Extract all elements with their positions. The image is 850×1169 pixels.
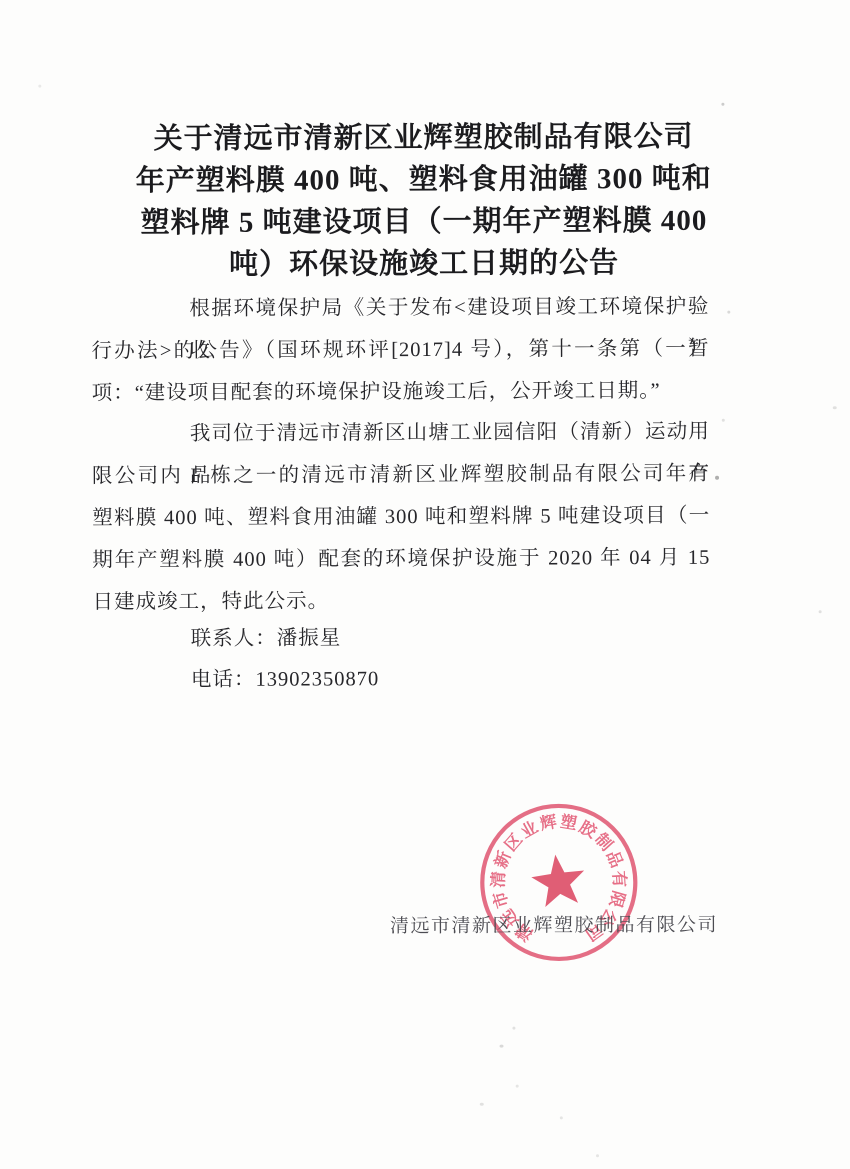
company-seal: 清远市清新区业辉塑胶制品有限公司 [474,798,645,969]
scan-speck [596,1154,599,1157]
seal-arc-char: 塑 [559,811,579,834]
seal-arc-char: 制 [591,830,616,855]
paragraph-line: 行办法>的公告》（国环规环评[2017]4 号），第十一条第（一） [91,328,709,373]
page-content: 关于清远市清新区业辉塑胶制品有限公司 年产塑料膜 400 吨、塑料食用油罐 30… [0,0,850,1169]
title-line: 关于清远市清新区业辉塑胶制品有限公司 [78,115,768,160]
seal-arc-char: 限 [605,889,628,911]
paragraph-line: 塑料膜 400 吨、塑料食用油罐 300 吨和塑料牌 5 吨建设项目（一 [92,495,710,540]
title-line: 吨）环保设施竣工日期的公告 [79,241,769,286]
seal-arc-char: 业 [517,817,541,842]
scan-speck [38,85,41,88]
scan-speck [819,610,822,613]
paragraph-line: 日建成竣工，特此公示。 [92,579,710,624]
contact-person-name: 潘振星 [277,627,342,649]
paragraph-line: 期年产塑料膜 400 吨）配套的环境保护设施于 2020 年 04 月 15 [92,537,710,582]
seal-arc-char: 区 [501,830,526,855]
scan-speck [721,103,724,106]
seal-arc-char: 市 [488,889,512,911]
contact-person-line: 联系人：潘振星 [191,617,342,660]
seal-arc-char: 新 [490,848,515,871]
scan-speck [94,554,97,557]
scan-speck [833,406,837,409]
paragraph-line: 项：“建设项目配套的环境保护设施竣工后，公开竣工日期。” [92,370,710,415]
scan-speck [500,1045,504,1048]
seal-arc-char: 有 [609,870,630,888]
contact-phone-label: 电话： [191,669,256,691]
scan-speck [516,1085,519,1088]
seal-arc-char: 清 [488,870,508,888]
seal-arc-char: 品 [603,848,627,871]
scan-speck [727,311,730,314]
contact-phone-line: 电话：13902350870 [191,658,379,701]
star-icon [529,851,588,908]
seal-arc-char: 胶 [576,816,601,842]
scan-speck [715,476,719,480]
title-line: 塑料牌 5 吨建设项目（一期年产塑料膜 400 [79,199,769,244]
title-line: 年产塑料膜 400 吨、塑料食用油罐 300 吨和 [79,157,769,202]
paragraph-line: 限公司内 F 栋之一的清远市清新区业辉塑胶制品有限公司年产 [92,453,710,498]
document-title: 关于清远市清新区业辉塑胶制品有限公司 年产塑料膜 400 吨、塑料食用油罐 30… [78,115,769,286]
scan-speck [560,1116,563,1119]
scan-speck [512,1027,515,1030]
seal-arc-char: 辉 [539,812,559,834]
scan-speck [480,1103,484,1106]
contact-phone-number: 13902350870 [255,668,379,691]
signature-company-name: 清远市清新区业辉塑胶制品有限公司 [390,912,718,941]
scanned-page: 关于清远市清新区业辉塑胶制品有限公司 年产塑料膜 400 吨、塑料食用油罐 30… [0,0,850,1169]
contact-person-label: 联系人： [191,628,277,650]
scan-speck [722,419,725,422]
